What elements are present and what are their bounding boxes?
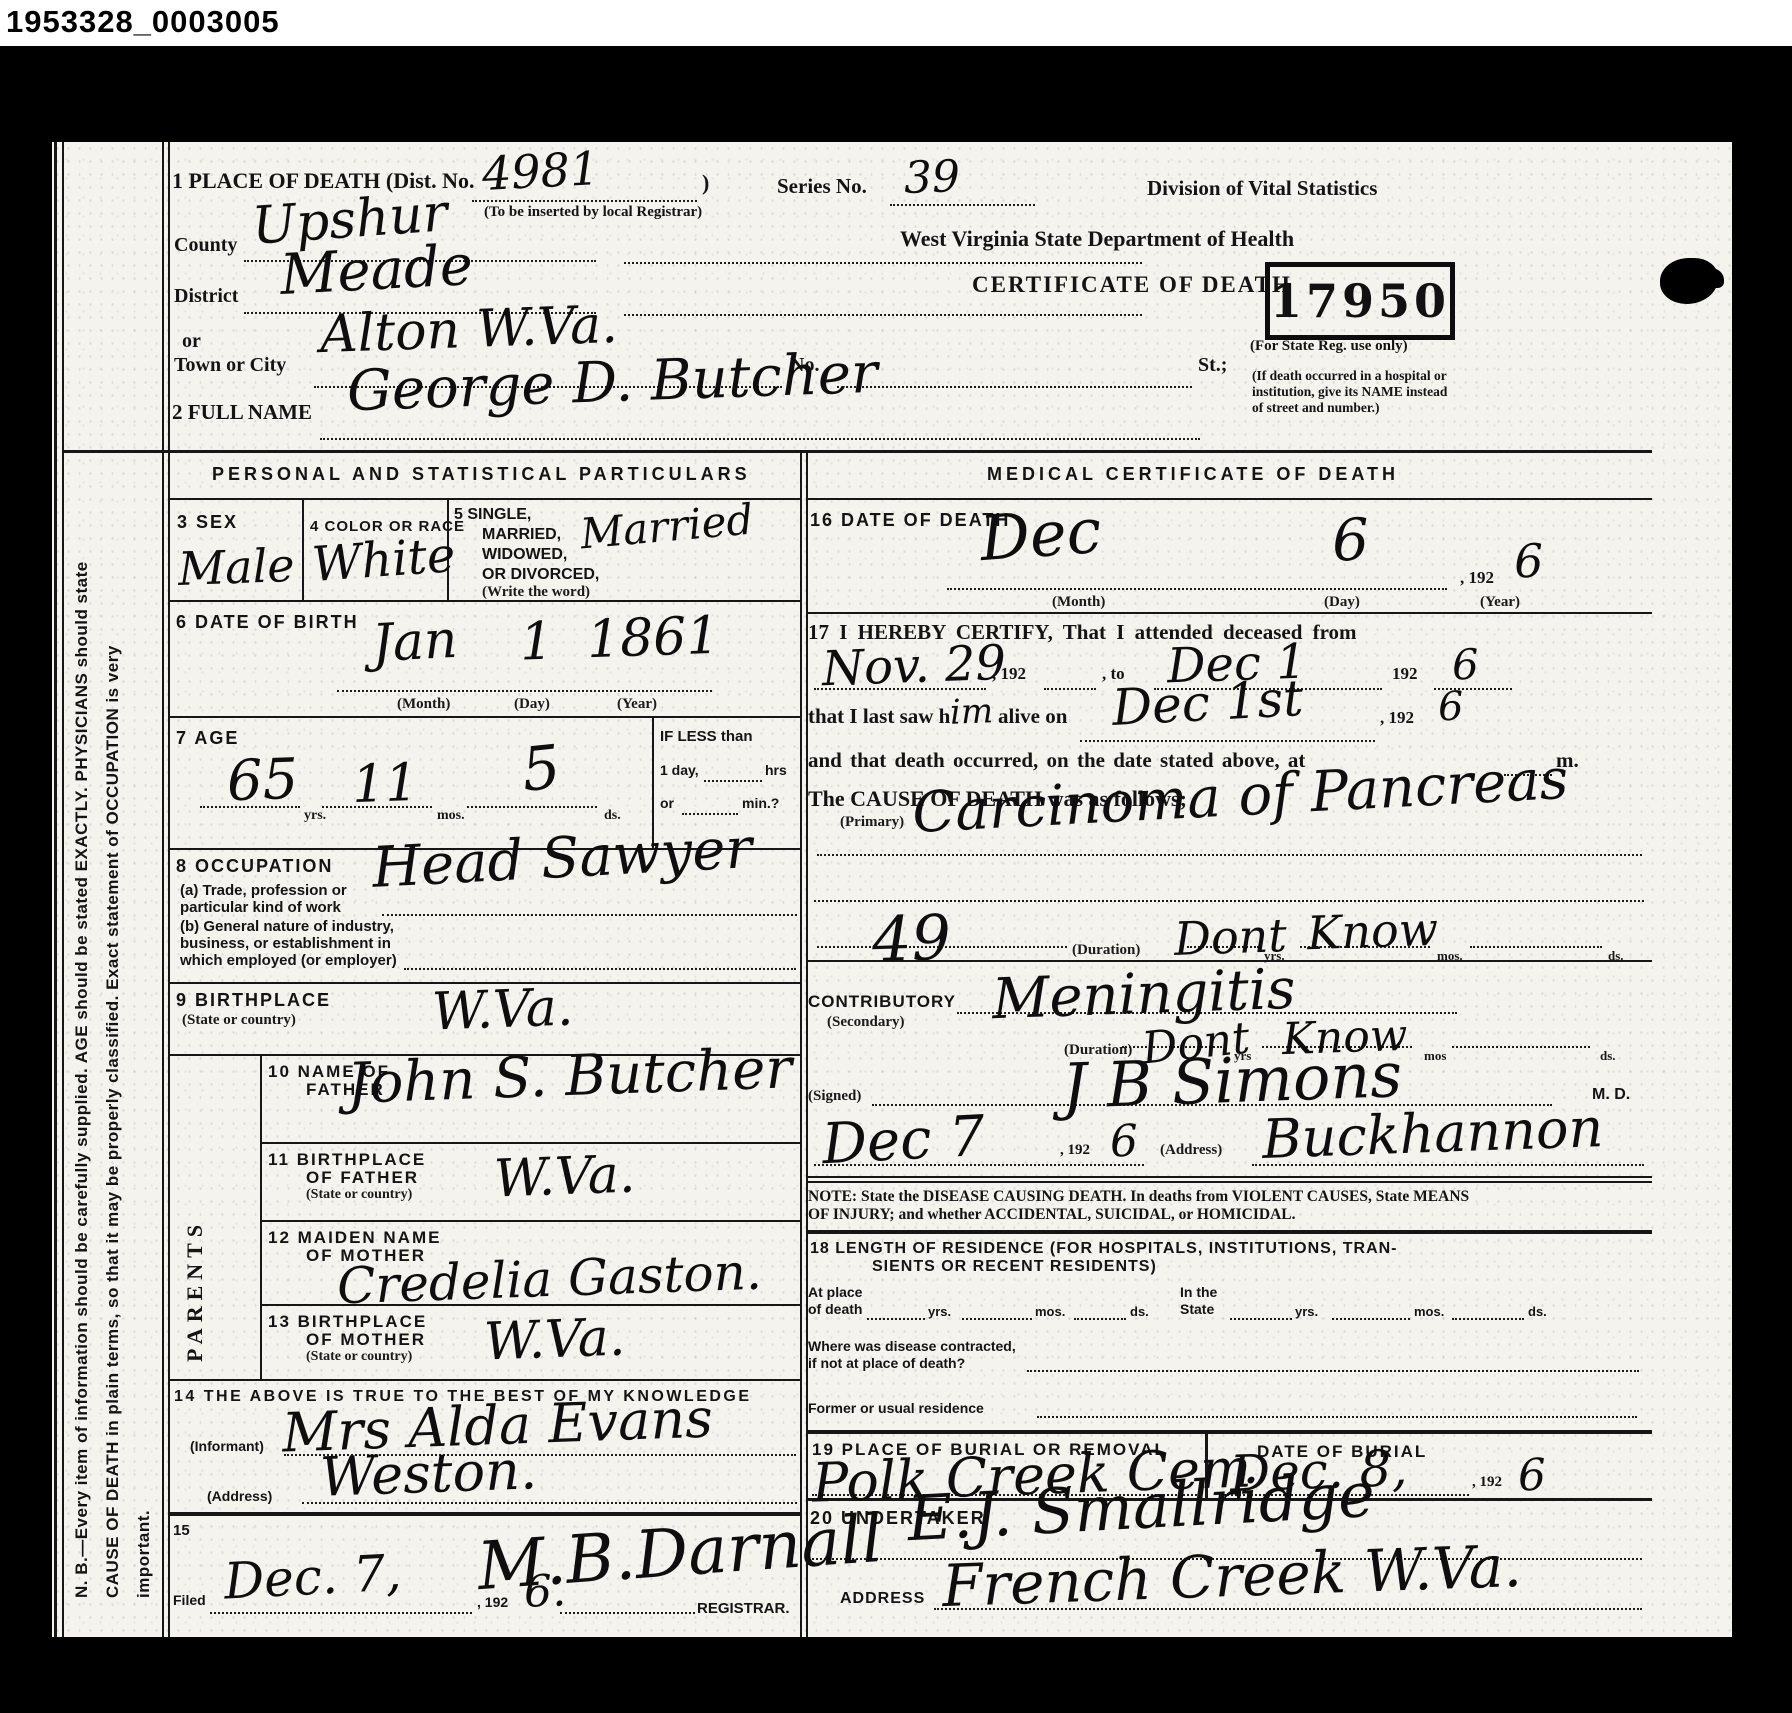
dod-day-caption: (Day) <box>1324 594 1360 611</box>
to-year-digit: 6 <box>1451 640 1479 690</box>
res2-mos-caption: mos. <box>1414 1304 1444 1319</box>
row10-rule <box>260 1142 802 1144</box>
race-value: White <box>310 527 457 593</box>
sign-address-value: Buckhannon <box>1261 1096 1604 1171</box>
res-mos-line <box>962 1318 1032 1320</box>
district-value: Meade <box>278 233 474 308</box>
division-title: Division of Vital Statistics <box>1147 176 1377 201</box>
age-months-value: 11 <box>351 753 419 815</box>
signed-label: (Signed) <box>808 1088 861 1105</box>
one-day-label: 1 day, <box>660 762 699 778</box>
residence-label-2: SIENTS OR RECENT RESIDENTS) <box>872 1258 1157 1276</box>
occupation-value: Head Sawyer <box>371 816 754 901</box>
duration2-ds-line <box>1452 1046 1590 1048</box>
age-mos-caption: mos. <box>437 808 465 824</box>
age-days-value: 5 <box>518 732 563 806</box>
undertaker-address-label: ADDRESS <box>840 1590 925 1608</box>
occupation-a1: (a) Trade, profession or <box>180 882 347 899</box>
column-divider-a <box>800 450 802 1637</box>
filed-date-value: Dec. 7, <box>223 1543 403 1610</box>
or-label: or <box>182 330 201 353</box>
district-number-value: 4981 <box>481 141 601 201</box>
certificate-title: CERTIFICATE OF DEATH <box>972 272 1292 298</box>
filed-label: Filed <box>173 1592 206 1608</box>
age-years-value: 65 <box>226 747 299 814</box>
min-caption: min.? <box>742 795 779 811</box>
dob-year-value: 1861 <box>586 606 720 671</box>
mother-bp-label-2: OF MOTHER <box>306 1330 426 1350</box>
contracted-label-1: Where was disease contracted, <box>808 1338 1016 1354</box>
min-line <box>682 813 738 815</box>
last-year-digit: 6 <box>1437 684 1464 731</box>
state-reg-note: (For State Reg. use only) <box>1250 338 1408 355</box>
local-registrar-note: (To be inserted by local Registrar) <box>484 204 702 221</box>
or-caption: or <box>660 795 674 811</box>
dist-no-line <box>472 200 697 202</box>
margin-divider-rule-a <box>162 142 164 1637</box>
at-place-label-2: of death <box>808 1301 862 1317</box>
if-less-label: IF LESS than <box>660 728 753 745</box>
age-ds-caption: ds. <box>604 808 621 824</box>
county-label: County <box>174 234 237 257</box>
series-no-label: Series No. <box>777 174 867 199</box>
margin-instruction-note: N. B.—Every item of information should b… <box>66 178 160 1598</box>
parents-label-text: PARENTS <box>182 1072 208 1362</box>
informant-label: (Informant) <box>190 1438 264 1454</box>
last-year-printed: , 192 <box>1380 708 1414 728</box>
hrs-caption: hrs <box>765 762 787 778</box>
street-no-line <box>837 386 1192 388</box>
note-bottom-rule <box>806 1230 1652 1234</box>
sign-year-printed: , 192 <box>1060 1142 1090 1159</box>
marital-label-3: WIDOWED, <box>482 546 567 564</box>
res2-yrs-caption: yrs. <box>1295 1304 1318 1319</box>
registrar-sig-line <box>560 1612 695 1614</box>
at-place-label-1: At place <box>808 1284 862 1300</box>
mother-bp-note: (State or country) <box>306 1349 412 1365</box>
him-value: im <box>949 691 993 732</box>
note-rule-b <box>806 1181 1652 1183</box>
dob-label: 6 DATE OF BIRTH <box>176 612 359 633</box>
dod-year-printed: , 192 <box>1460 568 1494 588</box>
last-saw-pre: that I last saw h <box>808 704 950 729</box>
res2-mos-line <box>1332 1318 1410 1320</box>
attended-from-value: Nov. 29 <box>821 635 1007 697</box>
department-title: West Virginia State Department of Health <box>900 226 1294 252</box>
informant-address-label: (Address) <box>207 1488 272 1504</box>
dob-month-value: Jan <box>370 610 458 674</box>
margin-note-line3: important. <box>128 178 159 1598</box>
sign-year-digit: 6 <box>1109 1116 1139 1168</box>
occupation-b-line <box>404 968 796 970</box>
dod-year-caption: (Year) <box>1480 594 1520 611</box>
note-line1: NOTE: State the DISEASE CAUSING DEATH. I… <box>808 1188 1469 1206</box>
doc-left-edge-rule <box>54 142 57 1637</box>
res2-ds-line <box>1452 1318 1524 1320</box>
father-bp-label-1: 11 BIRTHPLACE <box>268 1150 426 1170</box>
duration2-mos-caption: mos <box>1424 1048 1446 1064</box>
parents-divider <box>260 1054 262 1379</box>
margin-note-line2: CAUSE OF DEATH in plain terms, so that i… <box>97 178 128 1598</box>
sex-race-divider <box>302 500 304 600</box>
occupation-a2: particular kind of work <box>180 899 341 916</box>
burial-year-printed: , 192 <box>1472 1474 1502 1491</box>
father-bp-label-2: OF FATHER <box>306 1168 419 1188</box>
age-label: 7 AGE <box>176 728 239 749</box>
registrar-label: REGISTRAR. <box>697 1600 790 1617</box>
dob-day-value: 1 <box>519 611 554 672</box>
to-year-printed: 192 <box>1392 664 1418 684</box>
cause-code-value: 49 <box>871 901 952 977</box>
contributory-label: CONTRIBUTORY <box>808 992 956 1012</box>
marital-value: Married <box>578 495 755 559</box>
occupation-b1: (b) General nature of industry, <box>180 918 394 935</box>
res2-yrs-line <box>1230 1318 1292 1320</box>
mother-bp-value: W.Va. <box>483 1308 626 1373</box>
in-the-label-2: State <box>1180 1301 1214 1317</box>
marital-label-4: OR DIVORCED, <box>482 566 599 584</box>
mother-name-label-1: 12 MAIDEN NAME <box>268 1228 441 1248</box>
row5-rule <box>170 600 802 602</box>
marital-label-1: 5 SINGLE, <box>454 506 531 524</box>
dob-line <box>337 690 712 692</box>
filed-num: 15 <box>173 1522 190 1539</box>
sex-label: 3 SEX <box>177 512 238 533</box>
sign-date-value: Dec 7 <box>820 1104 986 1177</box>
dod-line <box>947 588 1447 590</box>
st-label: St.; <box>1198 354 1227 377</box>
full-name-label: 2 FULL NAME <box>172 400 312 425</box>
scan-header-strip: 1953328_0003005 <box>0 0 1792 46</box>
row13-rule <box>170 1379 802 1381</box>
margin-note-line1: N. B.—Every item of information should b… <box>66 178 97 1598</box>
informant-address-value: Weston. <box>319 1438 538 1509</box>
age-yrs-caption: yrs. <box>304 808 326 824</box>
former-residence-line <box>1037 1416 1637 1418</box>
certificate-page: N. B.—Every item of information should b… <box>52 142 1732 1637</box>
secondary-cause-value: Meningitis <box>991 957 1297 1033</box>
right-title-underline <box>806 498 1652 500</box>
duration1-ds-line <box>1470 946 1602 948</box>
sex-value: Male <box>177 538 295 596</box>
series-no-line <box>890 204 1035 206</box>
district-line-b <box>624 314 1142 316</box>
certificate-number-box: 17950 <box>1265 262 1455 340</box>
series-no-value: 39 <box>903 151 961 204</box>
burial-top-rule <box>806 1430 1652 1434</box>
column-divider-b <box>806 450 808 1637</box>
note-rule-a <box>806 1176 1652 1178</box>
filed-date-line <box>210 1612 472 1614</box>
burial-year-digit: 6 <box>1517 1450 1547 1502</box>
res-yrs-line <box>867 1318 925 1320</box>
full-name-line <box>320 438 1200 440</box>
hrs-line <box>704 780 762 782</box>
certificate-number: 17950 <box>1270 274 1450 328</box>
row11-rule <box>260 1220 802 1222</box>
dod-year-digit: 6 <box>1513 534 1544 589</box>
residence-label-1: 18 LENGTH OF RESIDENCE (FOR HOSPITALS, I… <box>810 1240 1398 1258</box>
medical-section-title: MEDICAL CERTIFICATE OF DEATH <box>987 464 1399 485</box>
row6-rule <box>170 716 802 718</box>
res-ds-line <box>1074 1318 1126 1320</box>
from-year-line <box>1044 688 1096 690</box>
last-saw-date-value: Dec 1st <box>1111 669 1305 737</box>
scanned-death-certificate: 1953328_0003005 N. B.—Every item of info… <box>0 0 1792 1713</box>
primary-cause-line <box>817 854 1642 856</box>
occupation-a-line <box>382 914 797 916</box>
dod-day-value: 6 <box>1331 505 1370 574</box>
marital-write-word-note: (Write the word) <box>482 584 590 601</box>
close-paren: ) <box>702 170 709 196</box>
res2-ds-caption: ds. <box>1528 1304 1547 1319</box>
father-bp-note: (State or country) <box>306 1187 412 1203</box>
birthplace-label: 9 BIRTHPLACE <box>176 990 331 1011</box>
former-residence-label: Former or usual residence <box>808 1400 984 1416</box>
in-the-label-1: In the <box>1180 1284 1217 1300</box>
res-yrs-caption: yrs. <box>928 1304 951 1319</box>
parents-group-label: PARENTS <box>182 1072 228 1362</box>
personal-section-title: PERSONAL AND STATISTICAL PARTICULARS <box>212 464 751 485</box>
row16-rule <box>806 612 1652 614</box>
birthplace-value: W.Va. <box>431 978 574 1043</box>
dob-day-caption: (Day) <box>514 696 550 713</box>
occupation-b2: business, or establishment in <box>180 935 391 952</box>
doc-left-inner-rule <box>62 142 64 1637</box>
duration1-word2: Know <box>1306 902 1439 961</box>
res-mos-caption: mos. <box>1035 1304 1065 1319</box>
contracted-line <box>1027 1370 1639 1372</box>
marital-label-2: MARRIED, <box>482 526 561 544</box>
contracted-label-2: if not at place of death? <box>808 1355 965 1371</box>
dob-year-caption: (Year) <box>617 696 657 713</box>
secondary-label: (Secondary) <box>827 1014 905 1031</box>
occupation-label: 8 OCCUPATION <box>176 856 333 877</box>
father-bp-value: W.Va. <box>493 1145 636 1210</box>
primary-label: (Primary) <box>840 814 904 831</box>
birthplace-note: (State or country) <box>182 1012 296 1029</box>
header-separator-rule <box>64 450 1652 453</box>
duration1-label: (Duration) <box>1072 942 1140 959</box>
father-name-value: John S. Butcher <box>346 1036 793 1116</box>
district-label: District <box>174 285 238 308</box>
age-ds-line <box>467 806 597 808</box>
hospital-note: (If death occurred in a hospital or inst… <box>1252 368 1448 416</box>
dod-month-caption: (Month) <box>1052 594 1105 611</box>
sign-address-label: (Address) <box>1160 1142 1222 1159</box>
occupation-b3: which employed (or employer) <box>180 952 397 969</box>
note-line2: OF INJURY; and whether ACCIDENTAL, SUICI… <box>808 1206 1295 1224</box>
duration2-ds-caption: ds. <box>1600 1048 1616 1064</box>
town-city-label: Town or City <box>174 354 286 377</box>
county-line-b <box>624 262 1142 264</box>
dob-month-caption: (Month) <box>397 696 450 713</box>
res-ds-caption: ds. <box>1130 1304 1149 1319</box>
last-saw-line <box>1080 740 1375 742</box>
alive-on-label: alive on <box>998 704 1067 729</box>
dod-month-value: Dec <box>978 494 1104 575</box>
margin-divider-rule-b <box>168 142 170 1637</box>
scan-id: 1953328_0003005 <box>6 4 280 40</box>
